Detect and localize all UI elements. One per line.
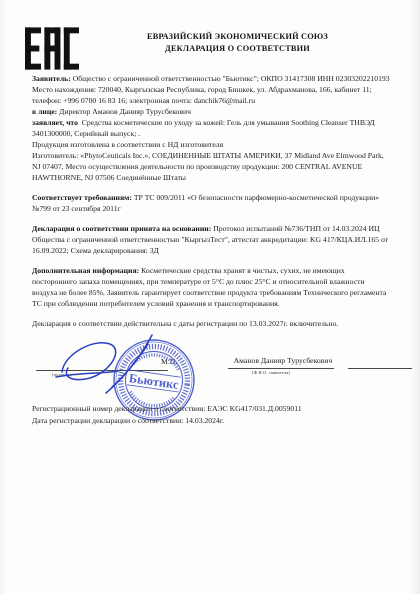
declares-text: Средства косметические по уходу за кожей… bbox=[32, 118, 375, 138]
document-title: ДЕКЛАРАЦИЯ О СООТВЕТСТВИИ bbox=[115, 43, 360, 55]
declares-paragraph: заявляет, что Средства косметические по … bbox=[32, 117, 390, 139]
declarant-name-caption: (Ф.И.О. заявителя) bbox=[252, 370, 290, 375]
basis-paragraph: Декларация о соответствии принята на осн… bbox=[32, 223, 390, 256]
in-person-label: в лице: bbox=[32, 107, 57, 116]
complies-paragraph: Соответствует требованиям: ТР ТС 009/201… bbox=[32, 192, 390, 214]
registration-date-line: Дата регистрации декларации о соответств… bbox=[32, 415, 402, 427]
made-per-text: Продукция изготовлена в соответствии с Н… bbox=[32, 140, 223, 149]
manufacturer-paragraph: Изготовитель: «PhytoCeuticals Inc.», СОЕ… bbox=[32, 150, 390, 183]
declarant-name: Аманов Данияр Турусбекович bbox=[228, 356, 338, 365]
eac-logo-icon bbox=[25, 26, 79, 71]
address-text: Место нахождения: 720040, Кыргызская Рес… bbox=[32, 85, 372, 105]
address-paragraph: Место нахождения: 720040, Кыргызская Рес… bbox=[32, 84, 390, 106]
in-person-paragraph: в лице: Директор Аманов Данияр Турусбеко… bbox=[32, 106, 390, 117]
applicant-label: Заявитель: bbox=[32, 74, 71, 83]
name-line-2 bbox=[348, 368, 412, 369]
signature-caption: (подпись) bbox=[52, 372, 72, 377]
manufacturer-text: Изготовитель: «PhytoCeuticals Inc.», СОЕ… bbox=[32, 151, 384, 182]
validity-paragraph: Декларация о соответствии действительна … bbox=[32, 318, 390, 329]
validity-text: Декларация о соответствии действительна … bbox=[32, 319, 338, 328]
registration-block: Регистрационный номер декларации о соотв… bbox=[32, 403, 402, 426]
complies-label: Соответствует требованиям: bbox=[32, 193, 132, 202]
registration-number-line: Регистрационный номер декларации о соотв… bbox=[32, 403, 402, 415]
declaration-document: ЕВРАЗИЙСКИЙ ЭКОНОМИЧЕСКИЙ СОЮЗ ДЕКЛАРАЦИ… bbox=[0, 0, 420, 594]
declares-label: заявляет, что bbox=[32, 118, 78, 127]
applicant-text: Общество с ограниченной ответственностью… bbox=[73, 74, 390, 83]
name-line bbox=[228, 368, 334, 369]
additional-info-paragraph: Дополнительная информация: Косметические… bbox=[32, 265, 390, 309]
made-per-paragraph: Продукция изготовлена в соответствии с Н… bbox=[32, 139, 390, 150]
declaration-body: Заявитель: Общество с ограниченной ответ… bbox=[32, 73, 390, 329]
basis-label: Декларация о соответствии принята на осн… bbox=[32, 224, 211, 233]
document-header: ЕВРАЗИЙСКИЙ ЭКОНОМИЧЕСКИЙ СОЮЗ ДЕКЛАРАЦИ… bbox=[115, 31, 360, 54]
union-title: ЕВРАЗИЙСКИЙ ЭКОНОМИЧЕСКИЙ СОЮЗ bbox=[115, 31, 360, 43]
additional-info-label: Дополнительная информация: bbox=[32, 266, 139, 275]
applicant-paragraph: Заявитель: Общество с ограниченной ответ… bbox=[32, 73, 390, 84]
in-person-text: Директор Аманов Данияр Турусбекович bbox=[59, 107, 191, 116]
